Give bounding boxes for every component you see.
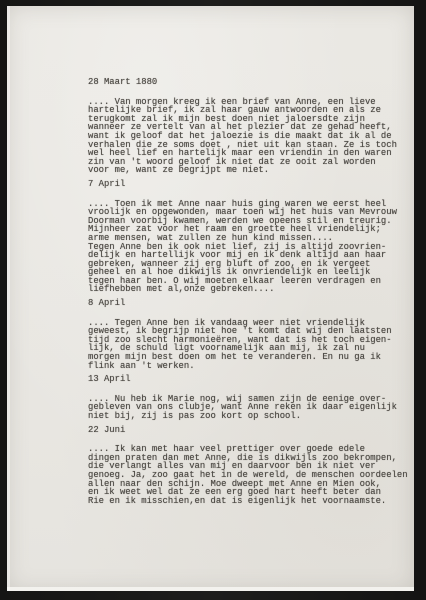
entry-date: 7 April xyxy=(88,180,414,189)
diary-entry: 22 Juni .... Ik kan met haar veel pretti… xyxy=(88,426,414,506)
entry-date: 22 Juni xyxy=(88,426,414,435)
entry-date: 13 April xyxy=(88,375,414,384)
entry-text: .... Van morgen kreeg ik een brief van A… xyxy=(88,98,414,175)
diary-entry: 8 April .... Tegen Anne ben ik vandaag w… xyxy=(88,299,414,370)
document-page: 28 Maart 1880 .... Van morgen kreeg ik e… xyxy=(7,6,414,591)
entry-text: .... Tegen Anne ben ik vandaag weer niet… xyxy=(88,319,414,371)
diary-entry: 28 Maart 1880 .... Van morgen kreeg ik e… xyxy=(88,78,414,175)
diary-entry: 13 April .... Nu heb ik Marie nog, wij s… xyxy=(88,375,414,420)
entry-date: 28 Maart 1880 xyxy=(88,78,414,87)
entry-text: .... Ik kan met haar veel prettiger over… xyxy=(88,445,414,505)
entry-text: .... Toen ik met Anne naar huis ging war… xyxy=(88,200,414,295)
entry-text: .... Nu heb ik Marie nog, wij samen zijn… xyxy=(88,395,414,421)
entry-date: 8 April xyxy=(88,299,414,308)
page-content: 28 Maart 1880 .... Van morgen kreeg ik e… xyxy=(88,78,414,510)
diary-entry: 7 April .... Toen ik met Anne naar huis … xyxy=(88,180,414,294)
